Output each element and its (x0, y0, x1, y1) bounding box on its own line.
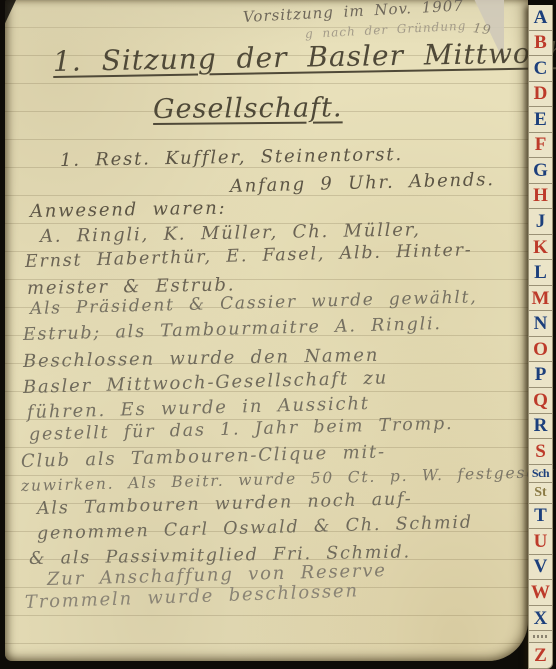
alpha-tab-label: C (534, 59, 548, 78)
alpha-tab-label: D (534, 84, 548, 103)
handwriting-line: Als Tambouren wurden noch auf- (37, 491, 413, 518)
alpha-tab: E (528, 107, 553, 133)
handwriting-line: Anfang 9 Uhr. Abends. (230, 171, 495, 196)
handwriting-line: Estrub; als Tambourmaitre A. Ringli. (23, 316, 442, 344)
alpha-tab-label: Z (534, 646, 547, 665)
alpha-tab-label: L (534, 263, 547, 282)
alpha-tab-label: O (533, 340, 548, 359)
alpha-tab-label (533, 635, 549, 638)
alphabet-tab-index: A B C D E F G H J K L M (528, 5, 553, 669)
alpha-tab: D (528, 82, 553, 108)
handwriting-line: genommen Carl Oswald & Ch. Schmid (37, 515, 473, 544)
handwriting-line: Beschlossen wurde den Namen (23, 347, 379, 371)
handwriting-text: genommen Carl Oswald & Ch. Schmid (37, 513, 473, 544)
scanned-notebook-page: Vorsitzung im Nov. 1907 g nach der Gründ… (0, 0, 556, 669)
alpha-tab: F (528, 133, 553, 159)
alpha-tab: G (528, 158, 553, 184)
alpha-tab: M (528, 286, 553, 312)
handwriting-text: 1. Sitzung der Basler Mittwoch- (53, 36, 556, 78)
alpha-tab: J (528, 209, 553, 235)
handwriting-text: Club als Tambouren-Clique mit- (21, 441, 386, 472)
alpha-tab: Q (528, 388, 553, 414)
handwriting-line: Gesellschaft. (153, 94, 343, 123)
alpha-tab-label: A (534, 8, 548, 27)
alpha-tab: St (528, 483, 553, 504)
alpha-tab: K (528, 235, 553, 261)
alpha-tab-label: W (531, 583, 550, 602)
alpha-tab: X (528, 606, 553, 632)
handwriting-line: Club als Tambouren-Clique mit- (21, 443, 386, 471)
alpha-tab-label: R (534, 416, 548, 435)
alpha-tab: B (528, 31, 553, 57)
handwriting-text: 1. Rest. Kuffler, Steinentorst. (60, 144, 403, 171)
handwriting-line: Anwesend waren: (30, 200, 227, 221)
handwriting-line: 19 (472, 22, 492, 37)
alpha-tab: C (528, 56, 553, 82)
alpha-tab-label: P (535, 365, 547, 384)
alpha-tab: S (528, 439, 553, 465)
alpha-tab-label: G (533, 161, 548, 180)
handwriting-text: 19 (472, 21, 492, 38)
handwriting-line: 1. Sitzung der Basler Mittwoch- (53, 39, 556, 76)
alpha-tab: O (528, 337, 553, 363)
alpha-tab: A (528, 5, 553, 31)
handwriting-text: Gesellschaft. (153, 92, 343, 125)
alpha-tab-label: S (535, 442, 546, 461)
handwriting-text: Als Tambouren wurden noch auf- (37, 489, 413, 519)
alpha-tab-label: V (534, 557, 548, 576)
alpha-tab-label: Sch (532, 467, 549, 479)
alpha-tab: P (528, 362, 553, 388)
alpha-tab: U (528, 529, 553, 555)
handwriting-line: Ernst Haberthür, E. Fasel, Alb. Hinter- (25, 242, 473, 271)
alpha-tab-label: X (534, 609, 548, 628)
alpha-tab: W (528, 580, 553, 606)
alpha-tab-label: U (534, 532, 548, 551)
alpha-tab-label: J (536, 212, 546, 231)
alpha-tab-label: H (533, 186, 548, 205)
handwriting-line: g nach der Gründung (305, 20, 467, 40)
alpha-tab (528, 631, 553, 643)
handwriting-text: Anwesend waren: (30, 198, 227, 222)
alpha-tab-label: T (534, 506, 547, 525)
alpha-tab: L (528, 260, 553, 286)
handwriting-line: Basler Mittwoch-Gesellschaft zu (23, 369, 389, 397)
handwriting-text: Estrub; als Tambourmaitre A. Ringli. (23, 314, 442, 345)
handwriting-text: Beschlossen wurde den Namen (23, 345, 380, 372)
alpha-tab: T (528, 504, 553, 530)
alpha-tab-label: F (535, 135, 547, 154)
handwriting-line: 1. Rest. Kuffler, Steinentorst. (60, 146, 403, 170)
alpha-tab: H (528, 184, 553, 210)
handwriting-text: Anfang 9 Uhr. Abends. (230, 169, 495, 197)
alpha-tab: Z (528, 643, 553, 669)
alpha-tab: N (528, 311, 553, 337)
alpha-tab-label: K (533, 238, 548, 257)
notebook-paper: Vorsitzung im Nov. 1907 g nach der Gründ… (5, 0, 528, 661)
alpha-tab-label: N (534, 314, 548, 333)
alpha-tab: Sch (528, 465, 553, 484)
alpha-tab: V (528, 555, 553, 581)
alpha-tab-label: B (534, 33, 547, 52)
alpha-tab-label: M (532, 289, 550, 308)
alpha-tab-label: Q (533, 391, 548, 410)
alpha-tab-label: St (534, 486, 546, 500)
alpha-tab-label: E (534, 110, 547, 129)
alpha-tab: R (528, 414, 553, 440)
